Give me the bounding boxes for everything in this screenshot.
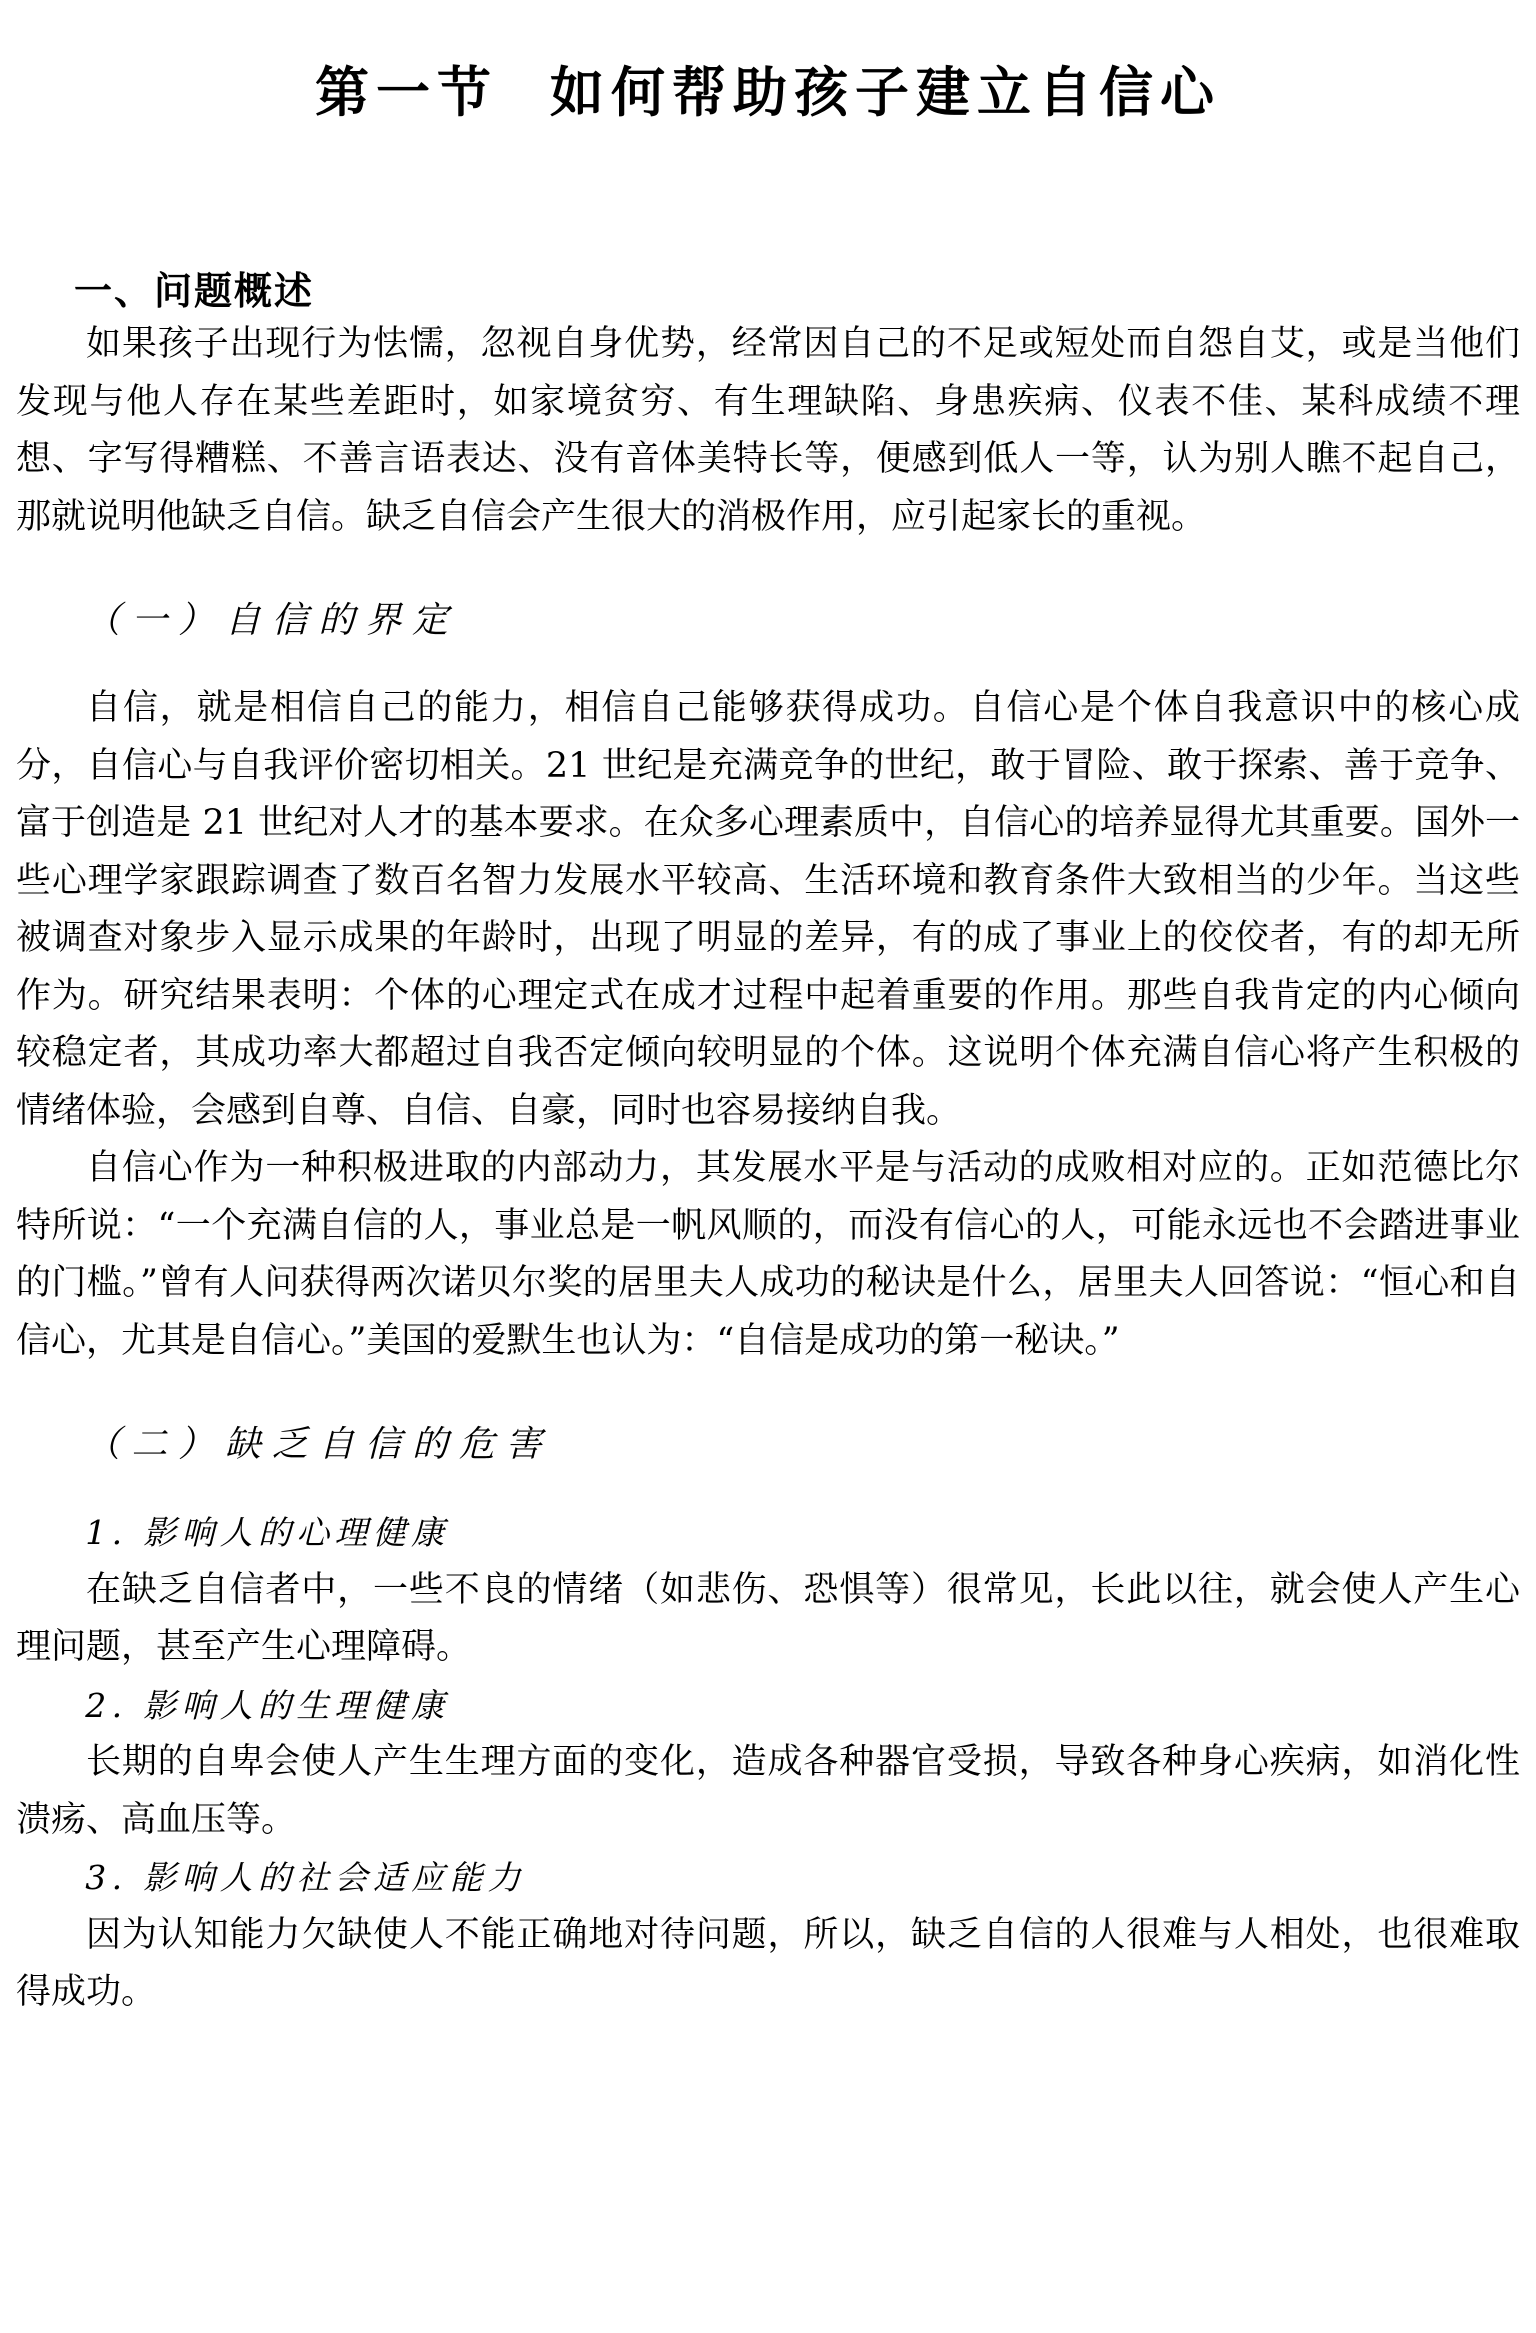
intro-paragraph: 如果孩子出现行为怯懦，忽视自身优势，经常因自己的不足或短处而自怨自艾，或是当他们… <box>16 316 1520 546</box>
numbered-item-3: 3. 影响人的社会适应能力 因为认知能力欠缺使人不能正确地对待问题，所以，缺乏自… <box>16 1849 1520 2022</box>
numbered-item-1-heading: 1. 影响人的心理健康 <box>16 1504 1520 1562</box>
page-title-text: 如何帮助孩子建立自信心 <box>550 56 1221 128</box>
numbered-item-1: 1. 影响人的心理健康 在缺乏自信者中，一些不良的情绪（如悲伤、恐惧等）很常见，… <box>16 1504 1520 1677</box>
subsection-2-heading: （二）缺乏自信的危害 <box>16 1416 1520 1474</box>
subsection-1-paragraph-2: 自信心作为一种积极进取的内部动力，其发展水平是与活动的成败相对应的。正如范德比尔… <box>16 1140 1520 1370</box>
subsection-1-heading: （一）自信的界定 <box>16 592 1520 650</box>
document-page: 第一节 如何帮助孩子建立自信心 一、问题概述 如果孩子出现行为怯懦，忽视自身优势… <box>0 0 1536 2333</box>
numbered-item-1-paragraph: 在缺乏自信者中，一些不良的情绪（如悲伤、恐惧等）很常见，长此以往，就会使人产生心… <box>16 1562 1520 1677</box>
numbered-item-2-paragraph: 长期的自卑会使人产生生理方面的变化，造成各种器官受损，导致各种身心疾病，如消化性… <box>16 1734 1520 1849</box>
numbered-item-2-heading: 2. 影响人的生理健康 <box>16 1677 1520 1735</box>
section-body: 如果孩子出现行为怯懦，忽视自身优势，经常因自己的不足或短处而自怨自艾，或是当他们… <box>16 316 1520 2022</box>
numbered-item-2: 2. 影响人的生理健康 长期的自卑会使人产生生理方面的变化，造成各种器官受损，导… <box>16 1677 1520 1850</box>
page-title-section-number: 第一节 <box>315 56 498 128</box>
section-heading: 一、问题概述 <box>74 266 1520 316</box>
page-title: 第一节 如何帮助孩子建立自信心 <box>16 56 1520 128</box>
numbered-item-3-heading: 3. 影响人的社会适应能力 <box>16 1849 1520 1907</box>
subsection-1-paragraph-1: 自信，就是相信自己的能力，相信自己能够获得成功。自信心是个体自我意识中的核心成分… <box>16 680 1520 1140</box>
numbered-item-3-paragraph: 因为认知能力欠缺使人不能正确地对待问题，所以，缺乏自信的人很难与人相处，也很难取… <box>16 1907 1520 2022</box>
